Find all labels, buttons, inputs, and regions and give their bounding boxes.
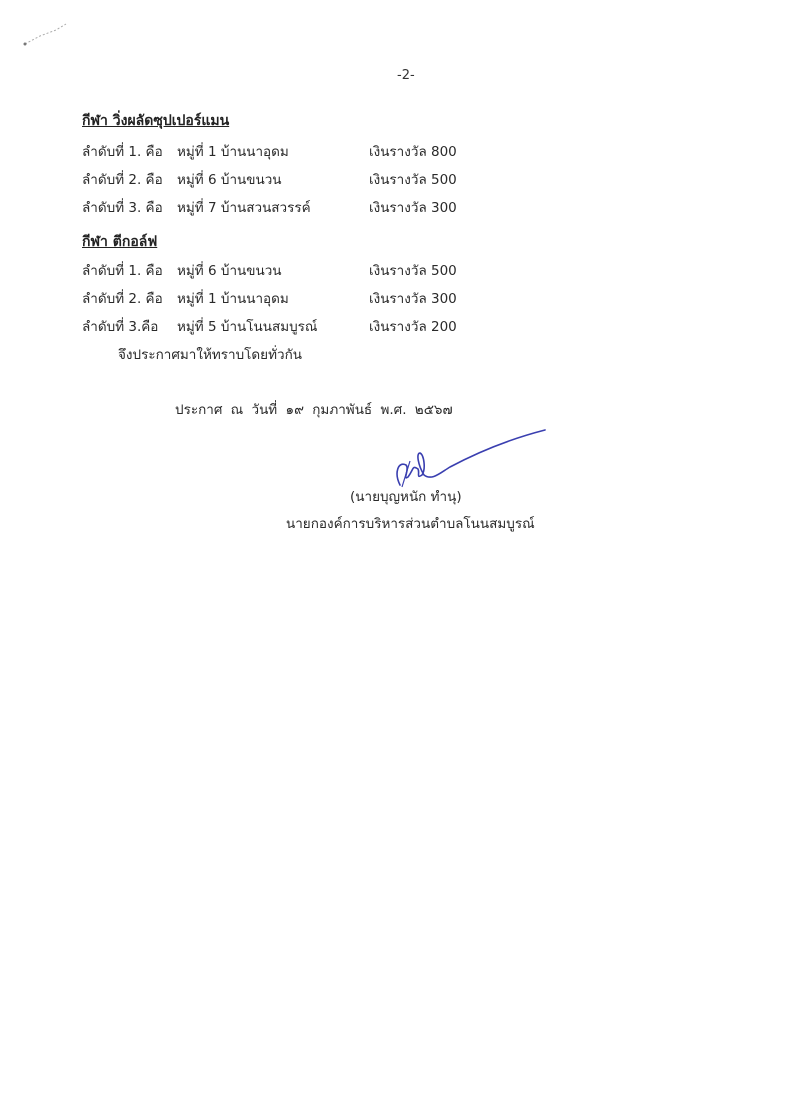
result-row: ลำดับที่ 2. คือ หมู่ที่ 6 บ้านขนวน เงินร… xyxy=(82,168,482,188)
rank-label: ลำดับที่ 3. คือ xyxy=(82,196,163,218)
rank-label: ลำดับที่ 2. คือ xyxy=(82,168,163,190)
result-row: ลำดับที่ 3.คือ หมู่ที่ 5 บ้านโนนสมบูรณ์ … xyxy=(82,315,482,335)
village-label: หมู่ที่ 5 บ้านโนนสมบูรณ์ xyxy=(177,315,317,337)
result-row: ลำดับที่ 3. คือ หมู่ที่ 7 บ้านสวนสวรรค์ … xyxy=(82,196,482,216)
village-label: หมู่ที่ 1 บ้านนาอุดม xyxy=(177,287,289,309)
section-title-relay: กีฬา วิ่งผลัดซุปเปอร์แมน xyxy=(82,110,229,132)
rank-label: ลำดับที่ 1. คือ xyxy=(82,140,163,162)
village-label: หมู่ที่ 7 บ้านสวนสวรรค์ xyxy=(177,196,311,218)
village-label: หมู่ที่ 6 บ้านขนวน xyxy=(177,168,282,190)
prize-label: เงินรางวัล 200 xyxy=(369,315,457,337)
section-title-golf: กีฬา ตีกอล์ฟ xyxy=(82,231,157,253)
rank-label: ลำดับที่ 1. คือ xyxy=(82,259,163,281)
prize-label: เงินรางวัล 300 xyxy=(369,196,457,218)
rank-label: ลำดับที่ 3.คือ xyxy=(82,315,158,337)
rank-label: ลำดับที่ 2. คือ xyxy=(82,287,163,309)
closing-statement: จึงประกาศมาให้ทราบโดยทั่วกัน xyxy=(118,343,302,365)
result-row: ลำดับที่ 1. คือ หมู่ที่ 6 บ้านขนวน เงินร… xyxy=(82,259,482,279)
village-label: หมู่ที่ 6 บ้านขนวน xyxy=(177,259,282,281)
prize-label: เงินรางวัล 800 xyxy=(369,140,457,162)
result-row: ลำดับที่ 2. คือ หมู่ที่ 1 บ้านนาอุดม เงิ… xyxy=(82,287,482,307)
page-number: -2- xyxy=(397,68,415,83)
document-page: -2- กีฬา วิ่งผลัดซุปเปอร์แมน ลำดับที่ 1.… xyxy=(0,0,787,1116)
prize-label: เงินรางวัล 500 xyxy=(369,259,457,281)
signer-name: (นายบุญหนัก ทำนุ) xyxy=(350,485,462,507)
village-label: หมู่ที่ 1 บ้านนาอุดม xyxy=(177,140,289,162)
scan-artifact-mark xyxy=(22,18,70,48)
result-row: ลำดับที่ 1. คือ หมู่ที่ 1 บ้านนาอุดม เงิ… xyxy=(82,140,482,160)
prize-label: เงินรางวัล 300 xyxy=(369,287,457,309)
signer-title: นายกองค์การบริหารส่วนตำบลโนนสมบูรณ์ xyxy=(286,512,535,534)
announcement-date: ประกาศ ณ วันที่ ๑๙ กุมภาพันธ์ พ.ศ. ๒๕๖๗ xyxy=(175,398,453,420)
prize-label: เงินรางวัล 500 xyxy=(369,168,457,190)
